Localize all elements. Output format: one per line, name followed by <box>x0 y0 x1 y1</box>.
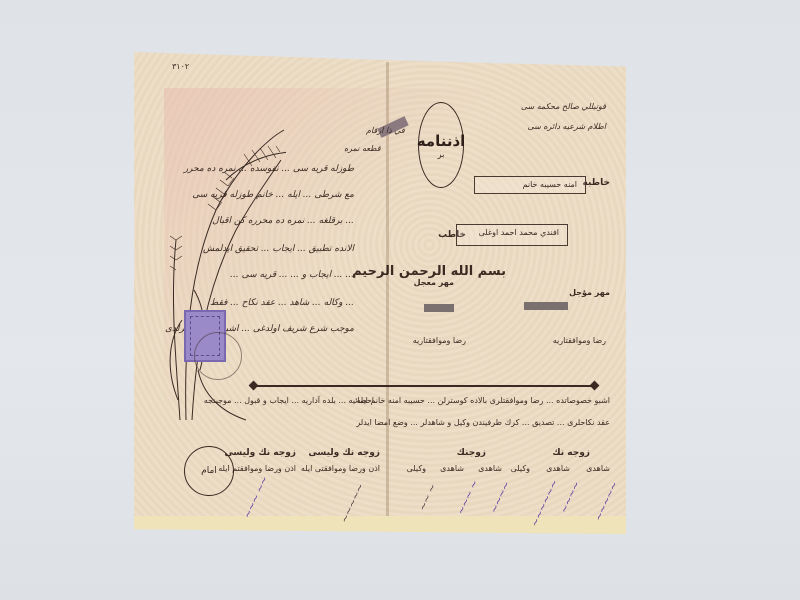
paper-bottom-edge <box>134 516 626 534</box>
court-name-line: قوتيللي صالح محكمه سى <box>521 102 606 111</box>
body-line-6: ... وكاله ... شاهد ... عقد نكاح ... فقط <box>210 298 354 308</box>
serial-number: ٣١٠٢ <box>172 62 189 71</box>
redacted-bar-1 <box>524 302 568 310</box>
signature-groom-witness-1: ~~~ ~ <box>456 479 481 517</box>
column-groom-role-2: شاهدى <box>440 464 464 473</box>
bride-value: امنه حسيبه خانم <box>523 180 577 189</box>
date-note: في ذا ارقام <box>366 126 405 135</box>
column-bride-guardian-role: اذن ورضا وموافقتى ايله <box>301 464 380 473</box>
footer-line-1: اشبو خصوصاتده ... رضا وموافقتلرى بالاده … <box>357 396 610 405</box>
printed-banner: بسم الله الرحمن الرحيم <box>352 264 506 279</box>
dowry-advance-label: مهر معجل <box>414 278 454 287</box>
signature-groom-guardian: ~~~ ~~ <box>242 475 271 521</box>
column-bride-guardian-heading: زوجه نك وليسى <box>308 448 380 458</box>
column-bride-heading: زوجه نك <box>552 448 590 458</box>
top-left-note: قطعه نمره <box>344 144 381 153</box>
official-seal-circle <box>194 332 242 380</box>
column-bride-role-3: وكيلى <box>511 464 530 473</box>
document-title: اذننامه <box>417 132 466 150</box>
footer-line-2: عقد نكاحلرى ... تصديق ... كرك طرفيندن وك… <box>356 418 610 427</box>
marriage-permit-document: ٣١٠٢ قطعه نمره في ذا ارقام طوزله قريه سى… <box>134 52 626 534</box>
body-line-2: مع شرطى ... ايله ... خانم طوزله قريه سى <box>192 190 354 200</box>
signature-bride-witness-1: ~~~~ <box>559 480 583 515</box>
dowry-deferred-label: مهر مؤجل <box>569 288 610 297</box>
column-groom-role-1: شاهدى <box>478 464 502 473</box>
body-line-5: ... ... ايجاب و ... ... قريه سى ... <box>230 270 354 280</box>
consent-right: رضا وموافقتاريه <box>553 336 606 345</box>
groom-field: افندي محمد احمد اوغلى <box>456 224 568 246</box>
column-groom-heading: زوجنك <box>457 448 486 458</box>
groom-value: افندي محمد احمد اوغلى <box>479 228 559 237</box>
body-line-3: ... برقلغه ... نمره ده محرره كن اقبال <box>212 216 354 226</box>
bride-label: خاطبه <box>583 178 610 188</box>
body-line-4: الانده تطبيق ... ايجاب ... تحقيق ايدلمش <box>203 244 354 254</box>
bride-field: امنه حسيبه خانم <box>474 176 586 194</box>
column-bride-role-2: شاهدى <box>546 464 570 473</box>
document-title-sub: بر <box>438 150 445 159</box>
body-line-1: طوزله قريه سى ... نفوسده ... نمره ده محر… <box>184 164 354 174</box>
court-dept-line: اطلام شرعيه دائره سى <box>527 122 606 131</box>
column-bride-role-1: شاهدى <box>586 464 610 473</box>
footer-left-note: احصائيه ... بلده آداريه ... ايجاب و قبول… <box>204 396 374 405</box>
title-oval: اذننامه بر <box>418 102 464 188</box>
imam-circle: امام <box>184 446 234 496</box>
signature-groom-witness-2: ~~~~ <box>489 480 513 515</box>
signature-groom-agent: ~~ ~ <box>417 482 439 512</box>
redacted-bar-2 <box>424 304 454 312</box>
column-groom-role-3: وكيلى <box>407 464 426 473</box>
divider-rule <box>254 385 594 387</box>
column-groom-guardian-heading: زوجه نك وليسى <box>224 448 296 458</box>
consent-left: رضا وموافقتاريه <box>413 336 466 345</box>
imam-label: امام <box>201 466 217 476</box>
